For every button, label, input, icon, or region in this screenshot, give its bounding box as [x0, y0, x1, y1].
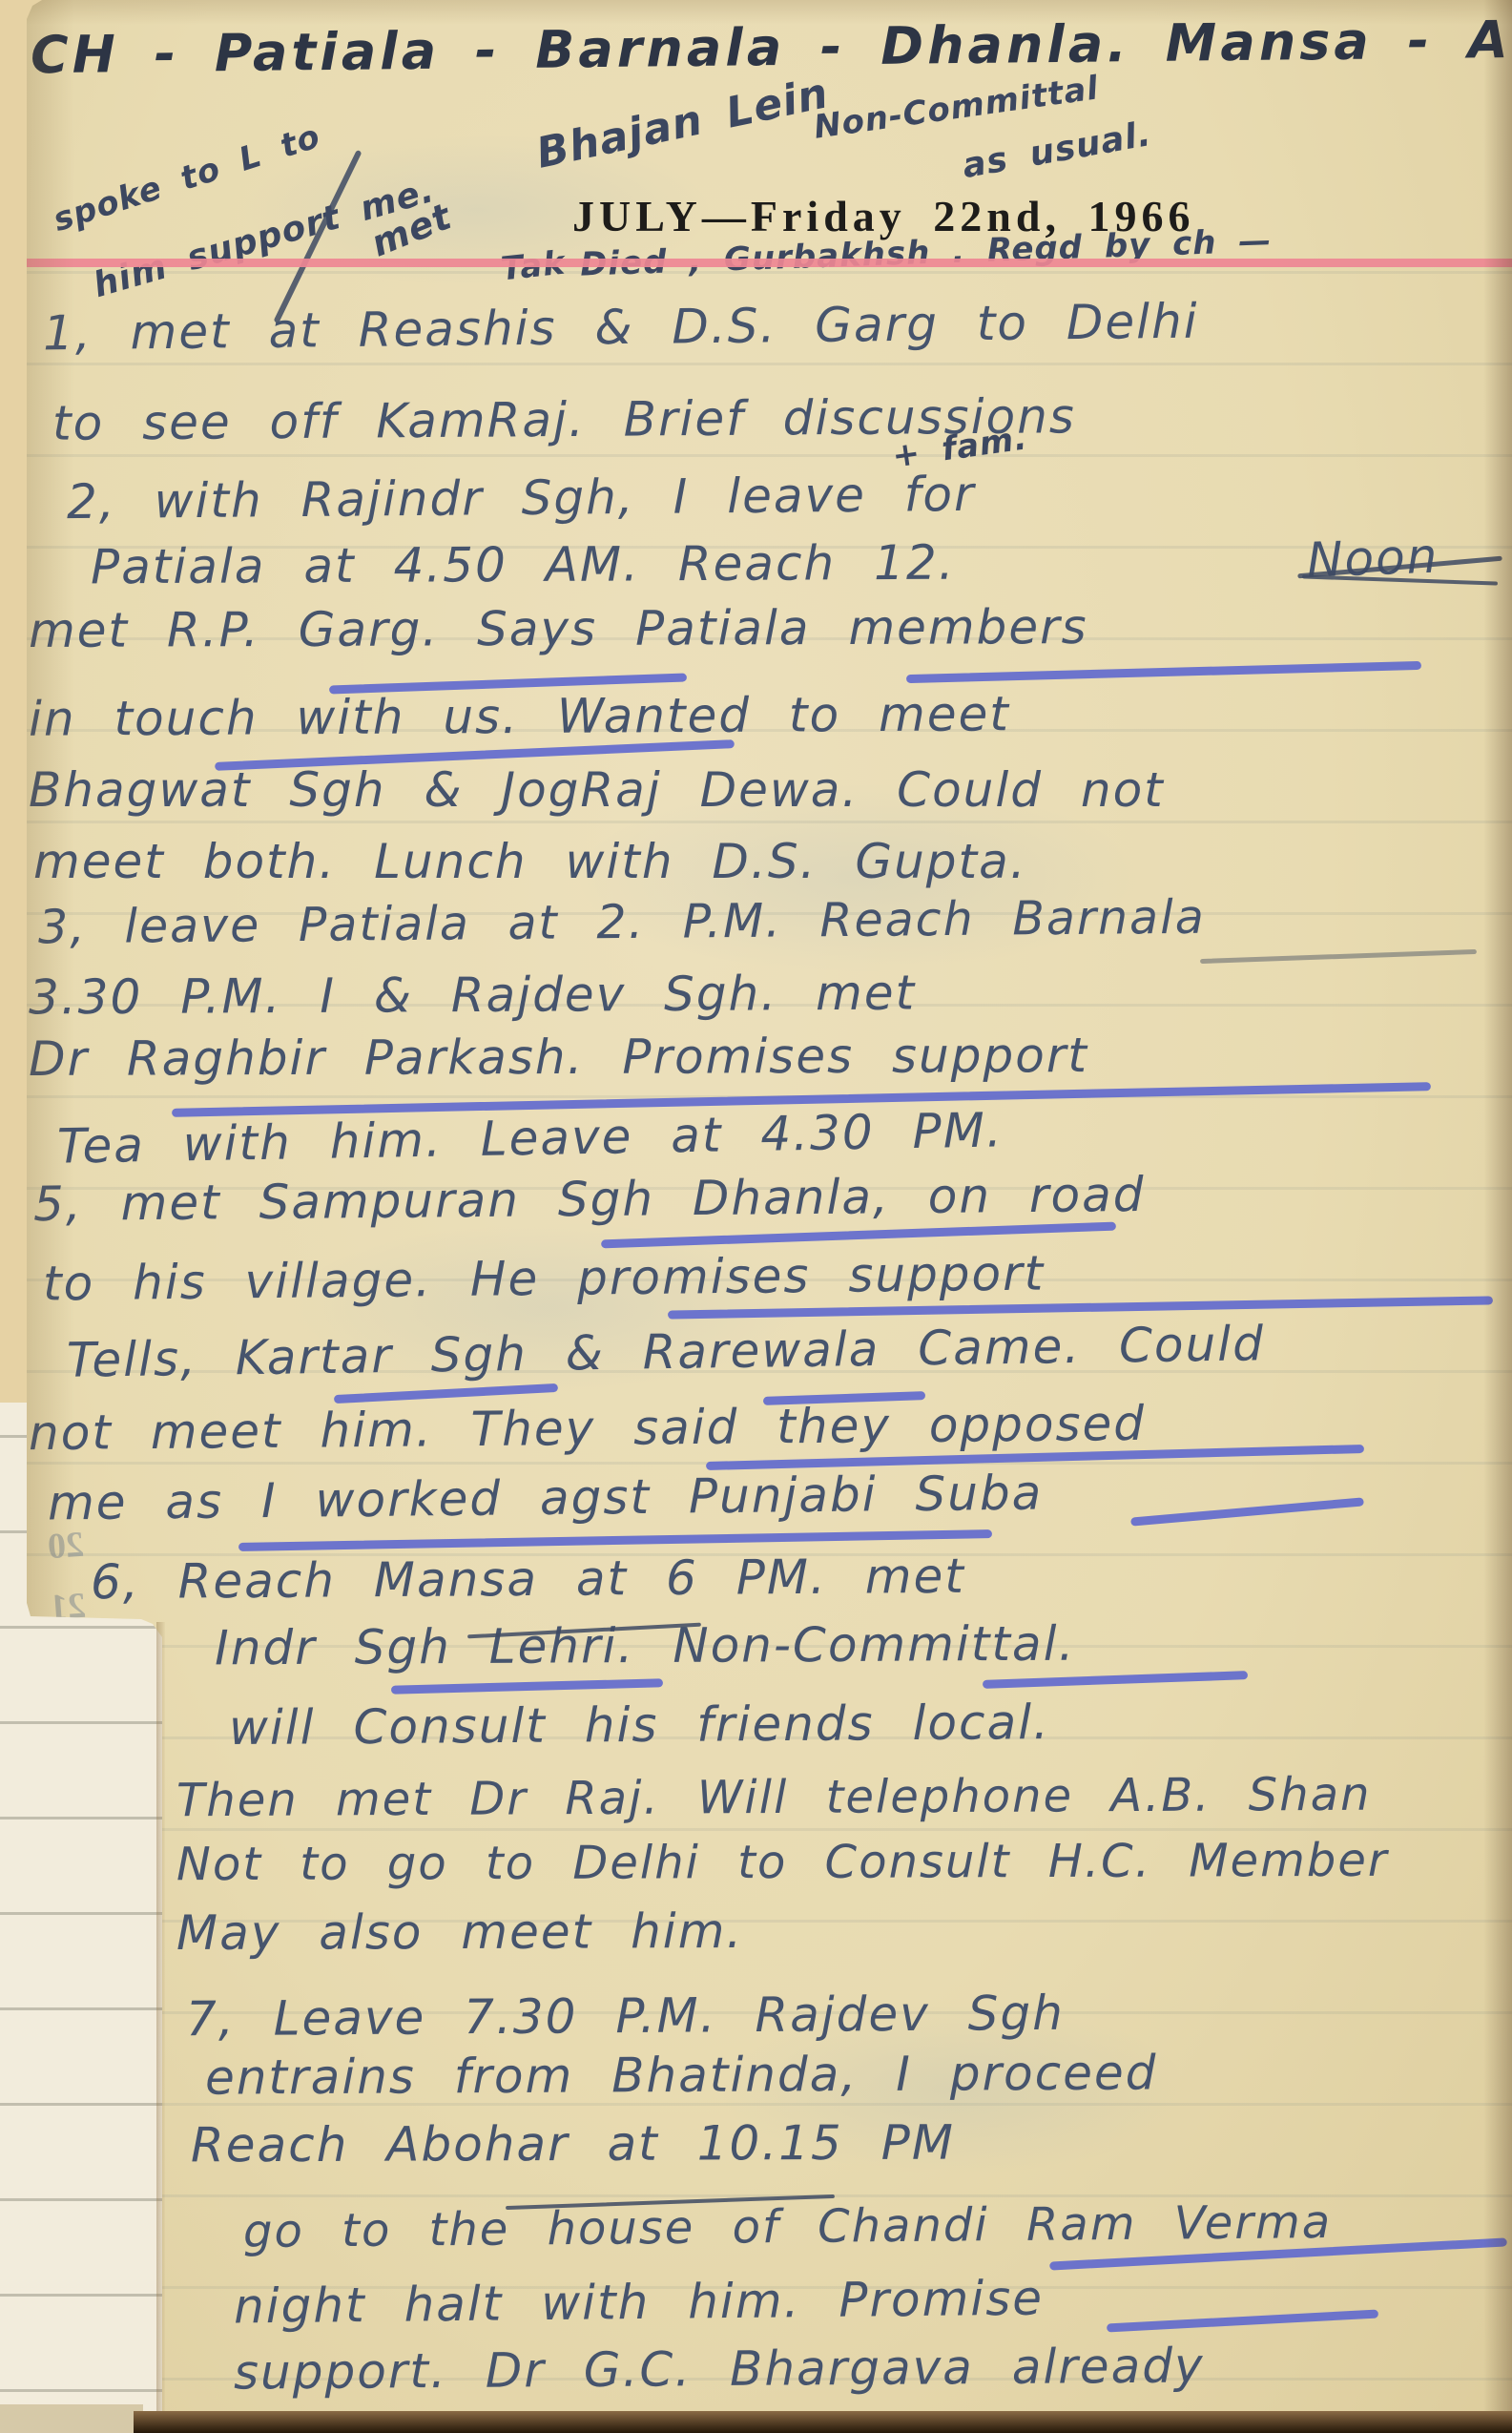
diary-line: night halt with him. Promise	[234, 2275, 1044, 2331]
diary-line: to his village. He promises support	[43, 1250, 1046, 1308]
diary-line: Bhagwat Sgh & JogRaj Dewa. Could not	[29, 766, 1165, 814]
diary-line: Not to go to Delhi to Consult H.C. Membe…	[176, 1838, 1389, 1887]
diary-line: 3.30 P.M. I & Rajdev Sgh. met	[29, 969, 916, 1022]
printed-date: JULY—Friday 22nd, 1966	[572, 191, 1194, 241]
diary-line: in touch with us. Wanted to meet	[29, 690, 1010, 742]
diary-page: CH - Patiala - Barnala - Dhanla. Mansa -…	[0, 0, 1512, 2433]
diary-line: go to the house of Chandi Ram Verma	[243, 2199, 1333, 2255]
diary-line: support. Dr G.C. Bhargava already	[234, 2341, 1205, 2396]
book-bottom-edge-left	[0, 2404, 143, 2433]
diary-line: 5, met Sampuran Sgh Dhanla, on road	[33, 1171, 1146, 1228]
diary-line: me as I worked agst Punjabi Suba	[48, 1469, 1044, 1528]
diary-line: 1, met at Reashis & D.S. Garg to Delhi	[43, 298, 1199, 358]
diary-line: Patiala at 4.50 AM. Reach 12.	[91, 539, 956, 592]
page-fold-crease	[156, 1622, 165, 2433]
diary-line: will Consult his friends local.	[229, 1698, 1050, 1752]
diary-line: Then met Dr Raj. Will telephone A.B. Sha…	[176, 1772, 1372, 1824]
diary-line: 2, with Rajindr Sgh, I leave for	[67, 470, 976, 526]
diary-line: May also meet him.	[176, 1907, 743, 1957]
annotation-scrawl: Bhajan Lein	[533, 73, 833, 176]
route-header: CH - Patiala - Barnala - Dhanla. Mansa -…	[31, 12, 1512, 81]
diary-scan: CH - Patiala - Barnala - Dhanla. Mansa -…	[0, 0, 1512, 2433]
diary-line: meet both. Lunch with D.S. Gupta.	[33, 838, 1027, 885]
diary-line: 3, leave Patiala at 2. P.M. Reach Barnal…	[38, 894, 1206, 951]
diary-line: met R.P. Garg. Says Patiala members	[29, 603, 1088, 655]
diary-line: not meet him. They said they opposed	[29, 1400, 1146, 1457]
red-rule-line	[25, 259, 1512, 267]
diary-line: Dr Raghbir Parkash. Promises support	[29, 1031, 1088, 1083]
diary-line: Reach Abohar at 10.15 PM	[191, 2119, 955, 2170]
annotation-scrawl: as usual.	[960, 117, 1153, 184]
book-bottom-edge	[134, 2411, 1512, 2433]
ghost-page-number: 20	[47, 1524, 86, 1569]
diary-line: 6, Reach Mansa at 6 PM. met	[91, 1552, 965, 1606]
diary-line: entrains from Bhatinda, I proceed	[205, 2048, 1158, 2101]
diary-line: 7, Leave 7.30 P.M. Rajdev Sgh	[186, 1989, 1065, 2043]
